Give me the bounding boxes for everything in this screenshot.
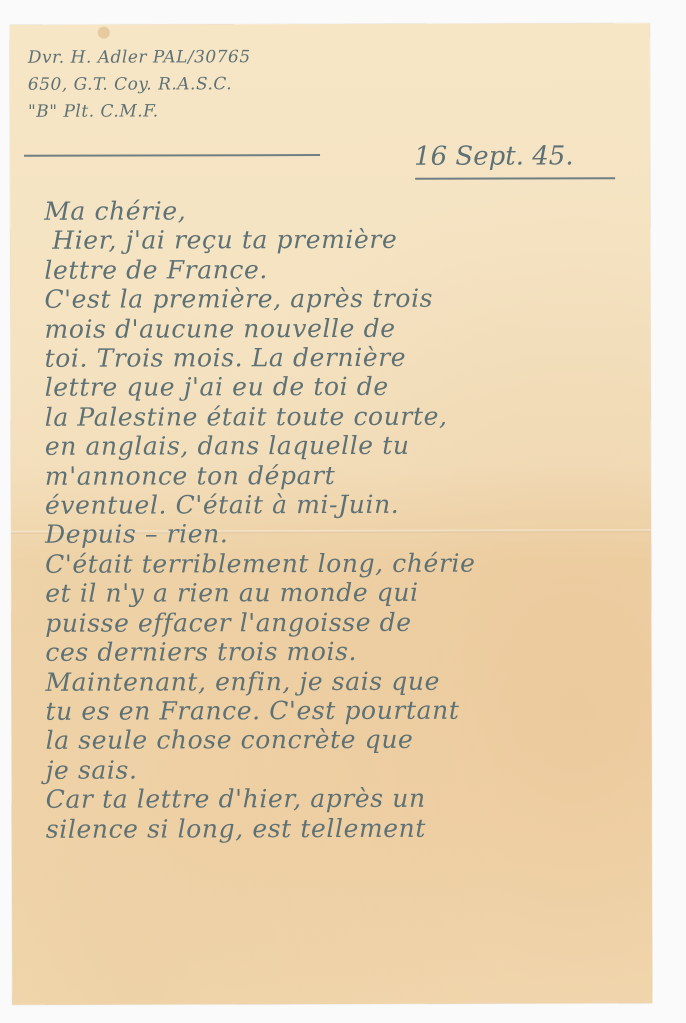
body-line: je sais.: [46, 754, 646, 785]
sender-underline: [24, 154, 320, 156]
body-line: lettre que j'ai eu de toi de: [45, 372, 645, 403]
date-underline: [415, 177, 615, 179]
body-line: Car ta lettre d'hier, après un: [46, 783, 646, 814]
body-line: m'annonce ton départ: [45, 460, 645, 491]
body-line: lettre de France.: [44, 254, 644, 285]
body-line: C'était terriblement long, chérie: [45, 548, 645, 579]
paper-stain: [98, 27, 110, 39]
letter-date: 16 Sept. 45.: [414, 141, 574, 171]
sender-line-name: Dvr. H. Adler PAL/30765: [28, 44, 328, 72]
body-line: silence si long, est tellement: [46, 813, 646, 844]
scanned-page: Dvr. H. Adler PAL/30765 650, G.T. Coy. R…: [0, 0, 686, 1023]
sender-address-block: Dvr. H. Adler PAL/30765 650, G.T. Coy. R…: [28, 44, 328, 126]
body-line: ces derniers trois mois.: [45, 636, 645, 667]
body-line: mois d'aucune nouvelle de: [44, 313, 644, 344]
body-line: et il n'y a rien au monde qui: [45, 577, 645, 608]
body-line: Hier, j'ai reçu ta première: [44, 225, 644, 256]
body-line: éventuel. C'était à mi-Juin.: [45, 489, 645, 520]
body-line: en anglais, dans laquelle tu: [45, 430, 645, 461]
body-line: Maintenant, enfin, je sais que: [45, 666, 645, 697]
salutation: Ma chérie,: [44, 195, 644, 226]
sender-line-unit: 650, G.T. Coy. R.A.S.C.: [28, 71, 328, 99]
body-line: la Palestine était toute courte,: [45, 401, 645, 432]
body-line: la seule chose concrète que: [46, 724, 646, 755]
body-line: tu es en France. C'est pourtant: [45, 695, 645, 726]
sender-line-platoon: "B" Plt. C.M.F.: [28, 98, 328, 126]
body-line: C'est la première, après trois: [44, 283, 644, 314]
letter-body: Ma chérie, Hier, j'ai reçu ta première l…: [44, 195, 646, 844]
body-line: Depuis – rien.: [45, 519, 645, 550]
letter-paper: Dvr. H. Adler PAL/30765 650, G.T. Coy. R…: [10, 23, 653, 1005]
body-line: puisse effacer l'angoisse de: [45, 607, 645, 638]
body-line: toi. Trois mois. La dernière: [45, 342, 645, 373]
